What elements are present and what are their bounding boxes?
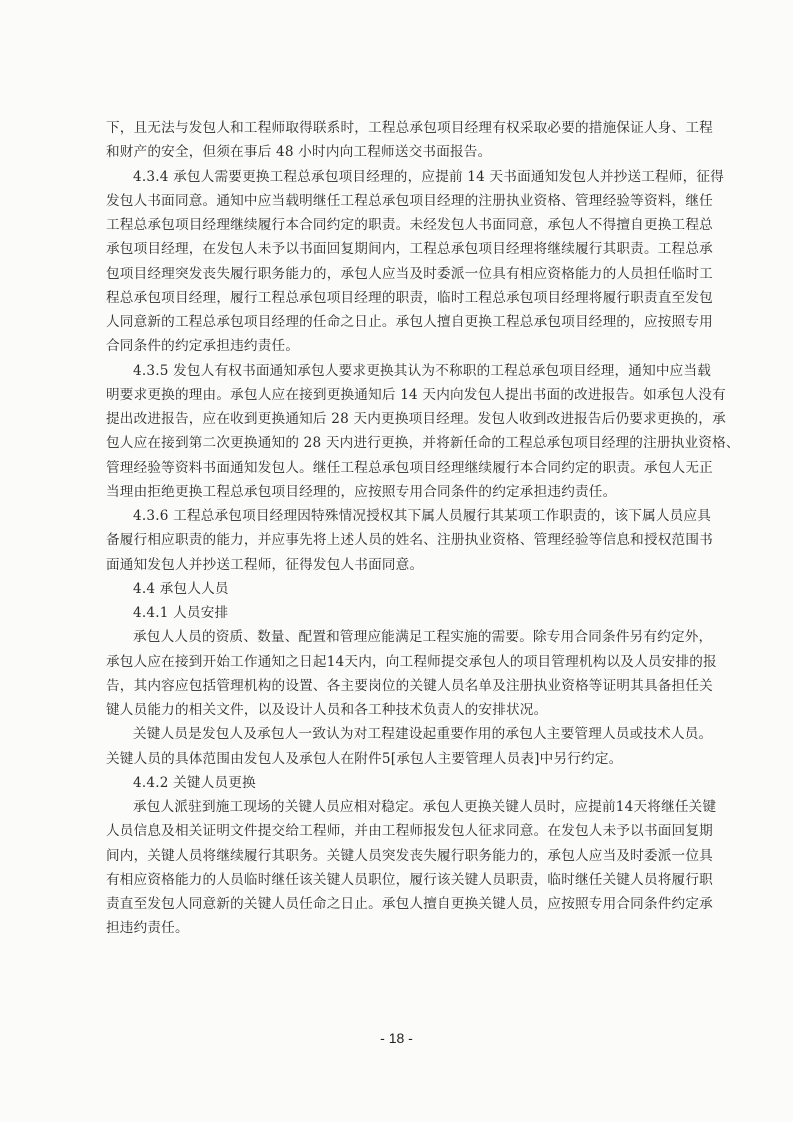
- paragraph-4-3-6: 4.3.6 工程总承包项目经理因特殊情况授权其下属人员履行其某项工作职责的，该下…: [106, 504, 698, 577]
- text-line: 管理经验等资料书面通知发包人。继任工程总承包项目经理继续履行本合同约定的职责。承…: [106, 456, 698, 480]
- paragraph-4-4-1-key-personnel: 关键人员是发包人及承包人一致认为对工程建设起重要作用的承包人主要管理人员或技术人…: [106, 722, 698, 771]
- text-line: 关键人员是发包人及承包人一致认为对工程建设起重要作用的承包人主要管理人员或技术人…: [106, 722, 698, 746]
- section-heading-4-4-1: 4.4.1 人员安排: [106, 601, 698, 625]
- paragraph-4-4-2-replacement: 承包人派驻到施工现场的关键人员应相对稳定。承包人更换关键人员时，应提前14天将继…: [106, 795, 698, 941]
- text-line: 4.3.5 发包人有权书面通知承包人要求更换其认为不称职的工程总承包项目经理，通…: [106, 359, 698, 383]
- text-line: 承包项目经理，在发包人未予以书面回复期间内，工程总承包项目经理将继续履行其职责。…: [106, 237, 698, 261]
- text-line: 包项目经理突发丧失履行职务能力的，承包人应当及时委派一位具有相应资格能力的人员担…: [106, 262, 698, 286]
- paragraph-4-3-5: 4.3.5 发包人有权书面通知承包人要求更换其认为不称职的工程总承包项目经理，通…: [106, 359, 698, 505]
- text-line: 当理由拒绝更换工程总承包项目经理的，应按照专用合同条件的约定承担违约责任。: [106, 480, 698, 504]
- text-line: 程总承包项目经理，履行工程总承包项目经理的职责，临时工程总承包项目经理将履行职责…: [106, 286, 698, 310]
- page-number: - 18 -: [0, 1030, 793, 1046]
- text-line: 担违约责任。: [106, 916, 698, 940]
- text-line: 承包人人员的资质、数量、配置和管理应能满足工程实施的需要。除专用合同条件另有约定…: [106, 625, 698, 649]
- text-line: 下，且无法与发包人和工程师取得联系时，工程总承包项目经理有权采取必要的措施保证人…: [106, 116, 698, 140]
- text-line: 和财产的安全，但须在事后 48 小时内向工程师送交书面报告。: [106, 140, 698, 164]
- text-line: 明要求更换的理由。承包人应在接到更换通知后 14 天内向发包人提出书面的改进报告…: [106, 383, 698, 407]
- text-line: 备履行相应职责的能力，并应事先将上述人员的姓名、注册执业资格、管理经验等信息和授…: [106, 528, 698, 552]
- text-line: 承包人应在接到开始工作通知之日起14天内，向工程师提交承包人的项目管理机构以及人…: [106, 650, 698, 674]
- text-line: 人员信息及相关证明文件提交给工程师，并由工程师报发包人征求同意。在发包人未予以书…: [106, 819, 698, 843]
- text-line: 4.3.4 承包人需要更换工程总承包项目经理的，应提前 14 天书面通知发包人并…: [106, 165, 698, 189]
- paragraph-4-3-3-continuation: 下，且无法与发包人和工程师取得联系时，工程总承包项目经理有权采取必要的措施保证人…: [106, 116, 698, 165]
- text-line: 面通知发包人并抄送工程师，征得发包人书面同意。: [106, 553, 698, 577]
- text-line: 提出改进报告，应在收到更换通知后 28 天内更换项目经理。发包人收到改进报告后仍…: [106, 407, 698, 431]
- text-line: 包人应在接到第二次更换通知的 28 天内进行更换，并将新任命的工程总承包项目经理…: [106, 431, 698, 455]
- text-line: 责直至发包人同意新的关键人员任命之日止。承包人擅自更换关键人员，应按照专用合同条…: [106, 892, 698, 916]
- section-heading-4-4: 4.4 承包人人员: [106, 577, 698, 601]
- section-heading-4-4-2: 4.4.2 关键人员更换: [106, 771, 698, 795]
- text-line: 键人员能力的相关文件，以及设计人员和各工种技术负责人的安排状况。: [106, 698, 698, 722]
- document-body: 下，且无法与发包人和工程师取得联系时，工程总承包项目经理有权采取必要的措施保证人…: [106, 116, 698, 941]
- paragraph-4-4-1-staffing: 承包人人员的资质、数量、配置和管理应能满足工程实施的需要。除专用合同条件另有约定…: [106, 625, 698, 722]
- text-line: 关键人员的具体范围由发包人及承包人在附件5[承包人主要管理人员表]中另行约定。: [106, 747, 698, 771]
- text-line: 承包人派驻到施工现场的关键人员应相对稳定。承包人更换关键人员时，应提前14天将继…: [106, 795, 698, 819]
- text-line: 4.3.6 工程总承包项目经理因特殊情况授权其下属人员履行其某项工作职责的，该下…: [106, 504, 698, 528]
- paragraph-4-3-4: 4.3.4 承包人需要更换工程总承包项目经理的，应提前 14 天书面通知发包人并…: [106, 165, 698, 359]
- text-line: 工程总承包项目经理继续履行本合同约定的职责。未经发包人书面同意，承包人不得擅自更…: [106, 213, 698, 237]
- text-line: 人同意新的工程总承包项目经理的任命之日止。承包人擅自更换工程总承包项目经理的，应…: [106, 310, 698, 334]
- text-line: 发包人书面同意。通知中应当载明继任工程总承包项目经理的注册执业资格、管理经验等资…: [106, 189, 698, 213]
- text-line: 有相应资格能力的人员临时继任该关键人员职位，履行该关键人员职责，临时继任关键人员…: [106, 868, 698, 892]
- text-line: 告，其内容应包括管理机构的设置、各主要岗位的关键人员名单及注册执业资格等证明其具…: [106, 674, 698, 698]
- text-line: 间内，关键人员将继续履行其职务。关键人员突发丧失履行职务能力的，承包人应当及时委…: [106, 844, 698, 868]
- text-line: 合同条件的约定承担违约责任。: [106, 334, 698, 358]
